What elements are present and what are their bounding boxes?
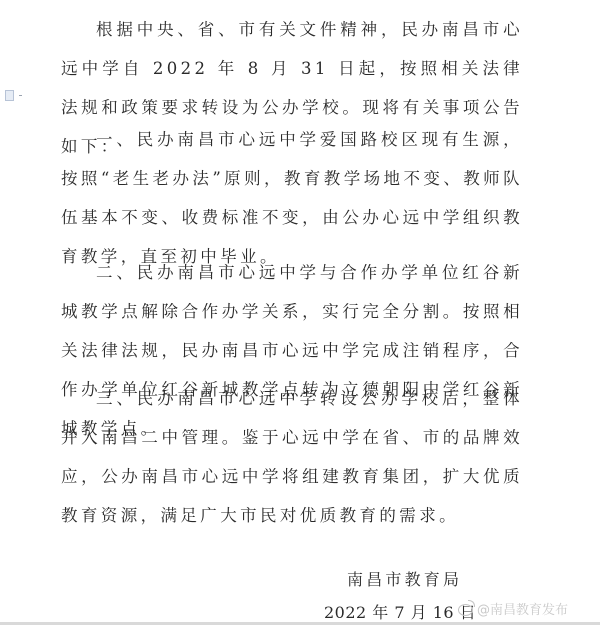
- clause-three-paragraph: 三、民办南昌市心远中学转设公办学校后，整体并入南昌二中管理。鉴于心远中学在省、市…: [61, 379, 523, 535]
- document-page: 根据中央、省、市有关文件精神，民办南昌市心远中学自 2022 年 8 月 31 …: [0, 0, 600, 622]
- watermark: @南昌教育发布: [458, 598, 568, 618]
- watermark-text: @南昌教育发布: [477, 599, 568, 618]
- signer-name: 南昌市教育局: [347, 567, 462, 590]
- paragraph-marker-icon[interactable]: [5, 90, 16, 101]
- document-glyph: [5, 90, 14, 101]
- dropdown-dash: [19, 95, 22, 96]
- weibo-logo-icon: [458, 600, 474, 616]
- document-date: 2022 年 7 月 16 日: [324, 600, 476, 623]
